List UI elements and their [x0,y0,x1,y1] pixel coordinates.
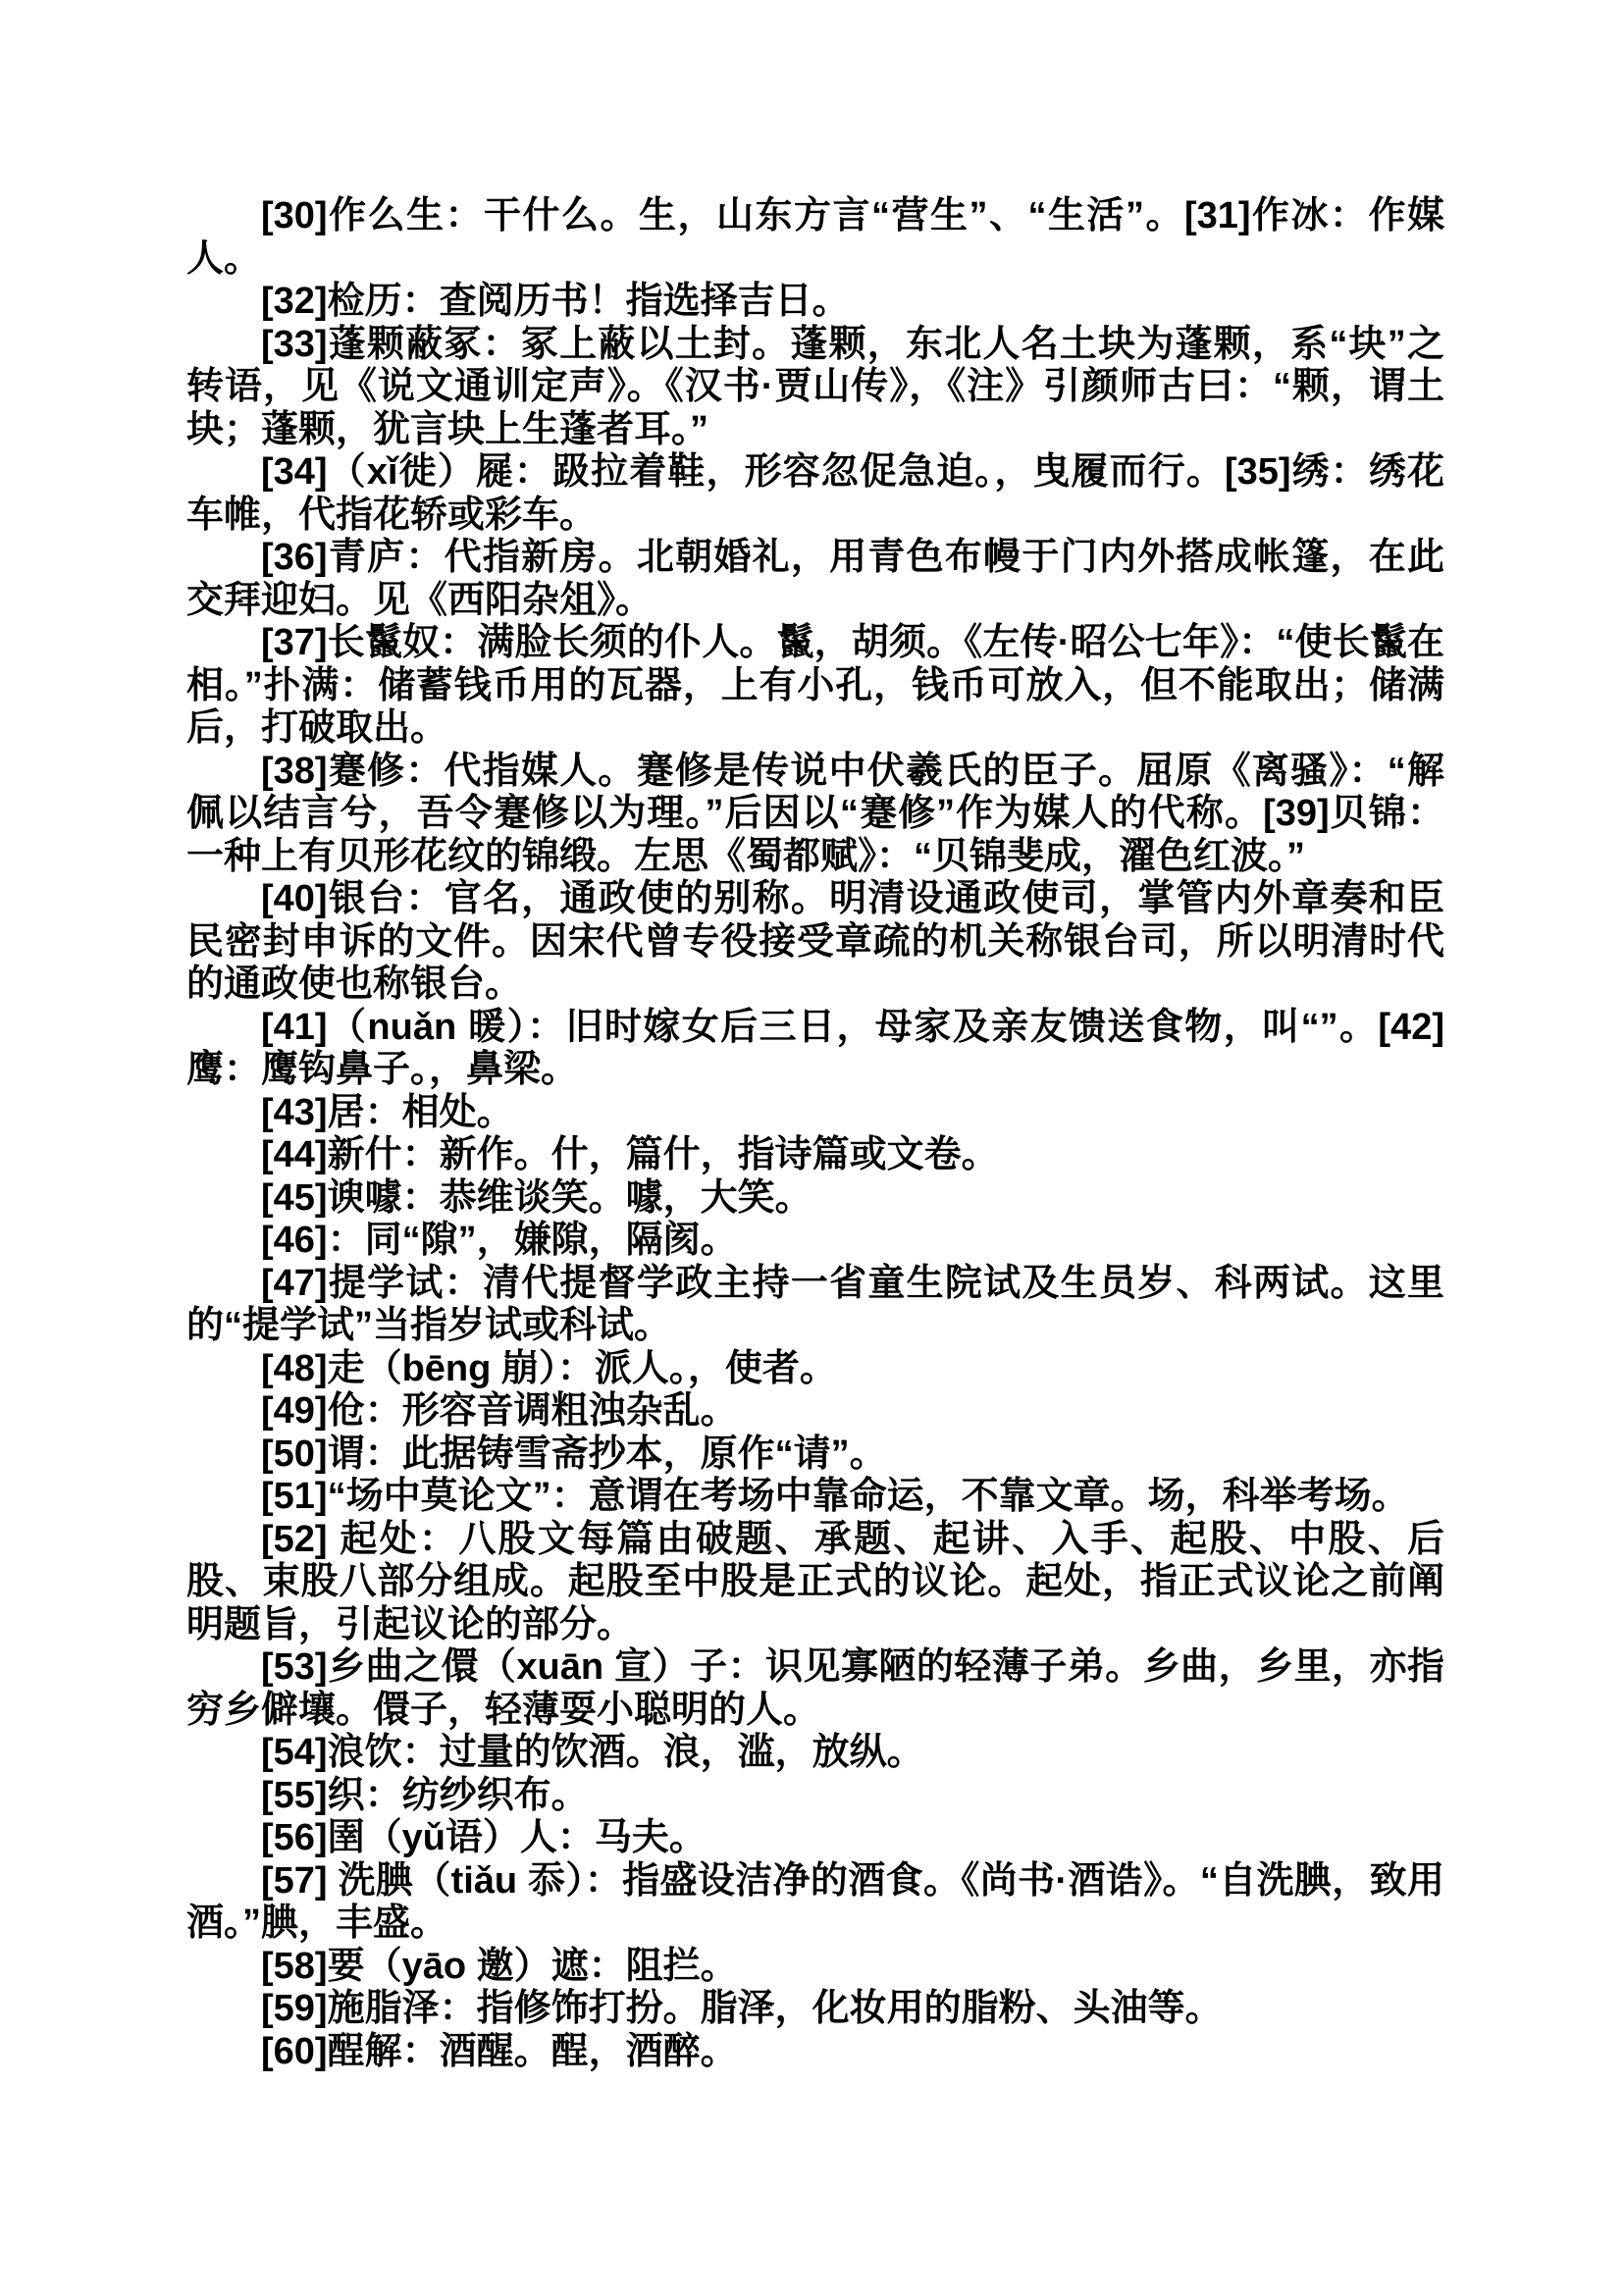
annotation-note: [36]青庐：代指新房。北朝婚礼，用青色布幔于门内外搭成帐篷，在此交拜迎妇。见《… [186,537,1444,622]
annotation-note: [30]作么生：干什么。生，山东方言“营生”、“生活”。[31]作冰：作媒人。 [186,195,1444,281]
annotation-note: [58]要（yāo 邀）遮：阻拦。 [186,1946,1444,1989]
annotation-note: [48]走（bēng 崩）：派人。，使者。 [186,1348,1444,1391]
annotation-note: [57] 洗腆（tiǎu 忝）：指盛设洁净的酒食。《尚书·酒诰》。“自洗腆，致用… [186,1860,1444,1946]
annotation-note: [60]酲解：酒醒。酲，酒醉。 [186,2031,1444,2074]
annotation-note: [50]谓：此据铸雪斋抄本，原作“请”。 [186,1434,1444,1477]
annotation-note: [54]浪饮：过量的饮酒。浪，滥，放纵。 [186,1732,1444,1775]
annotation-note: [56]圉（yǔ语）人：马夫。 [186,1817,1444,1860]
annotation-note: [44]新什：新作。什，篇什，指诗篇或文卷。 [186,1134,1444,1177]
annotation-note: [46]：同“隙”，嫌隙，隔阂。 [186,1220,1444,1263]
annotation-note: [52] 起处：八股文每篇由破题、承题、起讲、入手、起股、中股、后股、束股八部分… [186,1519,1444,1647]
annotation-note: [37]长鬣奴：满脸长须的仆人。鬣，胡须。《左传·昭公七年》：“使长鬣在相。”扑… [186,622,1444,751]
annotation-note: [41]（nuǎn 暖）：旧时嫁女后三日，母家及亲友馈送食物，叫“”。[42]鹰… [186,1007,1444,1092]
annotation-note: [40]银台：官名，通政使的别称。明清设通政使司，掌管内外章奏和臣民密封申诉的文… [186,878,1444,1007]
annotation-note: [38]蹇修：代指媒人。蹇修是传说中伏羲氏的臣子。屈原《离骚》：“解佩以结言兮，… [186,751,1444,879]
annotation-note: [33]蓬颗蔽冢：冢上蔽以土封。蓬颗，东北人名土块为蓬颗，系“块”之转语，见《说… [186,324,1444,452]
annotations-text-block: [30]作么生：干什么。生，山东方言“营生”、“生活”。[31]作冰：作媒人。[… [186,195,1444,2073]
annotation-note: [43]居：相处。 [186,1092,1444,1135]
annotation-note: [45]谀噱：恭维谈笑。噱，大笑。 [186,1177,1444,1221]
annotation-note: [34]（xǐ徙）屣：趿拉着鞋，形容忽促急迫。，曳履而行。[35]绣：绣花车帷，… [186,451,1444,537]
document-page: [30]作么生：干什么。生，山东方言“营生”、“生活”。[31]作冰：作媒人。[… [0,0,1624,2294]
annotation-note: [59]施脂泽：指修饰打扮。脂泽，化妆用的脂粉、头油等。 [186,1988,1444,2031]
annotation-note: [49]伧：形容音调粗浊杂乱。 [186,1390,1444,1434]
annotation-note: [55]织：纺纱织布。 [186,1775,1444,1818]
annotation-note: [53]乡曲之儇（xuān 宣）子：识见寡陋的轻薄子弟。乡曲，乡里，亦指穷乡僻壤… [186,1646,1444,1732]
annotation-note: [32]检历：查阅历书！指选择吉日。 [186,281,1444,324]
annotation-note: [51]“场中莫论文”：意谓在考场中靠命运，不靠文章。场，科举考场。 [186,1476,1444,1519]
annotation-note: [47]提学试：清代提督学政主持一省童生院试及生员岁、科两试。这里的“提学试”当… [186,1263,1444,1348]
